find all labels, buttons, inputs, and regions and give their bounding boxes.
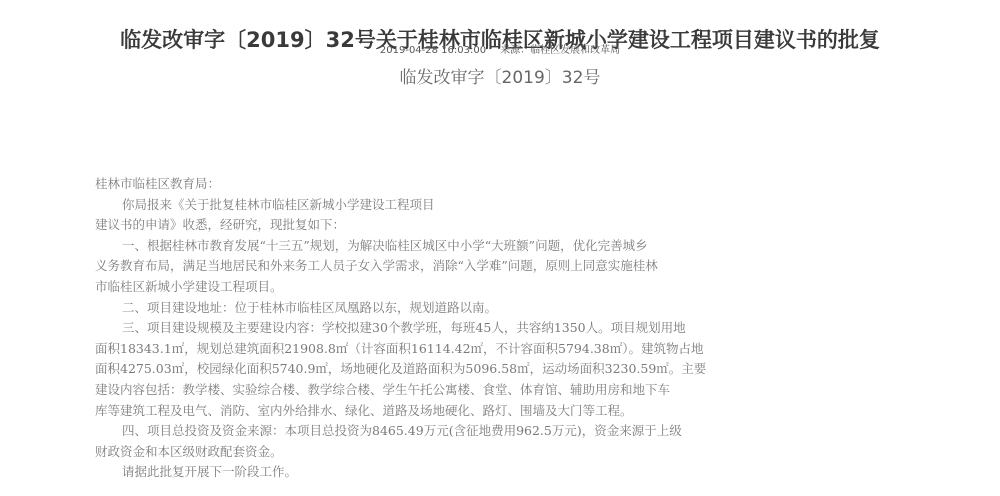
item-3-line: 三、项目建设规模及主要建设内容：学校拟建30个教学班，每班45人，共容纳1350… <box>95 318 915 339</box>
document-number: 临发改审字〔2019〕32号 <box>0 66 1000 90</box>
source-label: 来源： <box>500 45 530 56</box>
article-meta: 2019-04-28 16:03:00来源：临桂区发展和改革局 <box>0 44 1000 58</box>
publish-datetime: 2019-04-28 16:03:00 <box>380 45 486 56</box>
body-paragraph-line: 你局报来《关于批复桂林市临桂区新城小学建设工程项目 <box>95 195 915 216</box>
closing-line: 请据此批复开展下一阶段工作。 <box>95 462 915 483</box>
item-2-line: 二、项目建设地址：位于桂林市临桂区凤凰路以东，规划道路以南。 <box>95 298 915 319</box>
item-1-line: 市临桂区新城小学建设工程项目。 <box>95 277 915 298</box>
item-1-line: 义务教育布局，满足当地居民和外来务工人员子女入学需求，消除“入学难”问题，原则上… <box>95 256 915 277</box>
item-4-line: 财政资金和本区级财政配套资金。 <box>95 442 915 463</box>
source-name: 临桂区发展和改革局 <box>530 45 620 56</box>
item-3-line: 面积4275.03㎡，校园绿化面积5740.9㎡，场地硬化及道路面积为5096.… <box>95 359 915 380</box>
addressee-line: 桂林市临桂区教育局： <box>95 174 915 195</box>
body-paragraph-line: 建议书的申请》收悉，经研究，现批复如下： <box>95 215 915 236</box>
item-1-line: 一、根据桂林市教育发展“十三五”规划，为解决临桂区城区中小学“大班额”问题，优化… <box>95 236 915 257</box>
item-3-line: 面积18343.1㎡，规划总建筑面积21908.8㎡（计容面积16114.42㎡… <box>95 339 915 360</box>
document-body: 桂林市临桂区教育局： 你局报来《关于批复桂林市临桂区新城小学建设工程项目 建议书… <box>95 174 915 483</box>
item-3-line: 库等建筑工程及电气、消防、室内外给排水、绿化、道路及场地硬化、路灯、围墙及大门等… <box>95 401 915 422</box>
item-3-line: 建设内容包括：教学楼、实验综合楼、教学综合楼、学生午托公寓楼、食堂、体育馆、辅助… <box>95 380 915 401</box>
item-4-line: 四、项目总投资及资金来源：本项目总投资为8465.49万元(含征地费用962.5… <box>95 421 915 442</box>
